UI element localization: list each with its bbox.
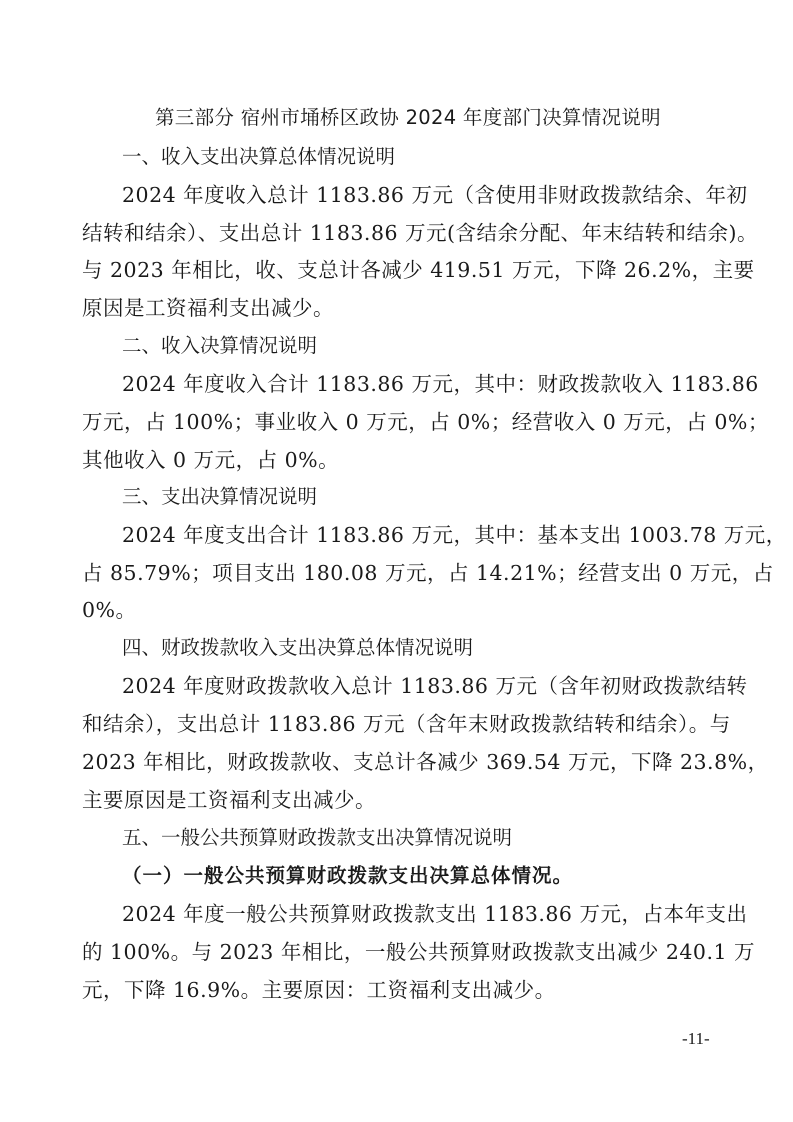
paragraph-line: 2024 年度收入合计 1183.86 万元，其中：财政拨款收入 1183.86 xyxy=(122,370,762,398)
section-heading-1: 一、收入支出决算总体情况说明 xyxy=(122,143,395,171)
paragraph-line: 主要原因是工资福利支出减少。 xyxy=(82,786,722,814)
paragraph-line: 0%。 xyxy=(82,596,722,624)
paragraph-line: 2024 年度一般公共预算财政拨款支出 1183.86 万元，占本年支出 xyxy=(122,900,762,928)
page-number: -11- xyxy=(682,1027,710,1051)
section-subheading: （一）一般公共预算财政拨款支出决算总体情况。 xyxy=(122,862,573,890)
paragraph-line: 原因是工资福利支出减少。 xyxy=(82,294,722,322)
section-heading-2: 二、收入决算情况说明 xyxy=(122,332,317,360)
paragraph-line: 2024 年度支出合计 1183.86 万元，其中：基本支出 1003.78 万… xyxy=(122,521,762,549)
paragraph-line: 占 85.79%；项目支出 180.08 万元，占 14.21%；经营支出 0 … xyxy=(82,559,722,587)
page-title: 第三部分 宿州市埇桥区政协 2024 年度部门决算情况说明 xyxy=(155,104,661,132)
paragraph-line: 和结余），支出总计 1183.86 万元（含年末财政拨款结转和结余）。与 xyxy=(82,710,722,738)
paragraph-line: 结转和结余）、支出总计 1183.86 万元(含结余分配、年末结转和结余)。 xyxy=(82,219,722,247)
section-heading-5: 五、一般公共预算财政拨款支出决算情况说明 xyxy=(122,824,512,852)
paragraph-line: 2024 年度收入总计 1183.86 万元（含使用非财政拨款结余、年初 xyxy=(122,181,762,209)
section-heading-4: 四、财政拨款收入支出决算总体情况说明 xyxy=(122,634,473,662)
paragraph-line: 万元，占 100%；事业收入 0 万元，占 0%；经营收入 0 万元，占 0%； xyxy=(82,408,722,436)
paragraph-line: 其他收入 0 万元，占 0%。 xyxy=(82,446,722,474)
paragraph-line: 元，下降 16.9%。主要原因：工资福利支出减少。 xyxy=(82,976,722,1004)
paragraph-line: 2023 年相比，财政拨款收、支总计各减少 369.54 万元，下降 23.8%… xyxy=(82,748,722,776)
paragraph-line: 2024 年度财政拨款收入总计 1183.86 万元（含年初财政拨款结转 xyxy=(122,672,762,700)
paragraph-line: 的 100%。与 2023 年相比，一般公共预算财政拨款支出减少 240.1 万 xyxy=(82,938,722,966)
paragraph-line: 与 2023 年相比，收、支总计各减少 419.51 万元，下降 26.2%，主… xyxy=(82,256,722,284)
section-heading-3: 三、支出决算情况说明 xyxy=(122,483,317,511)
